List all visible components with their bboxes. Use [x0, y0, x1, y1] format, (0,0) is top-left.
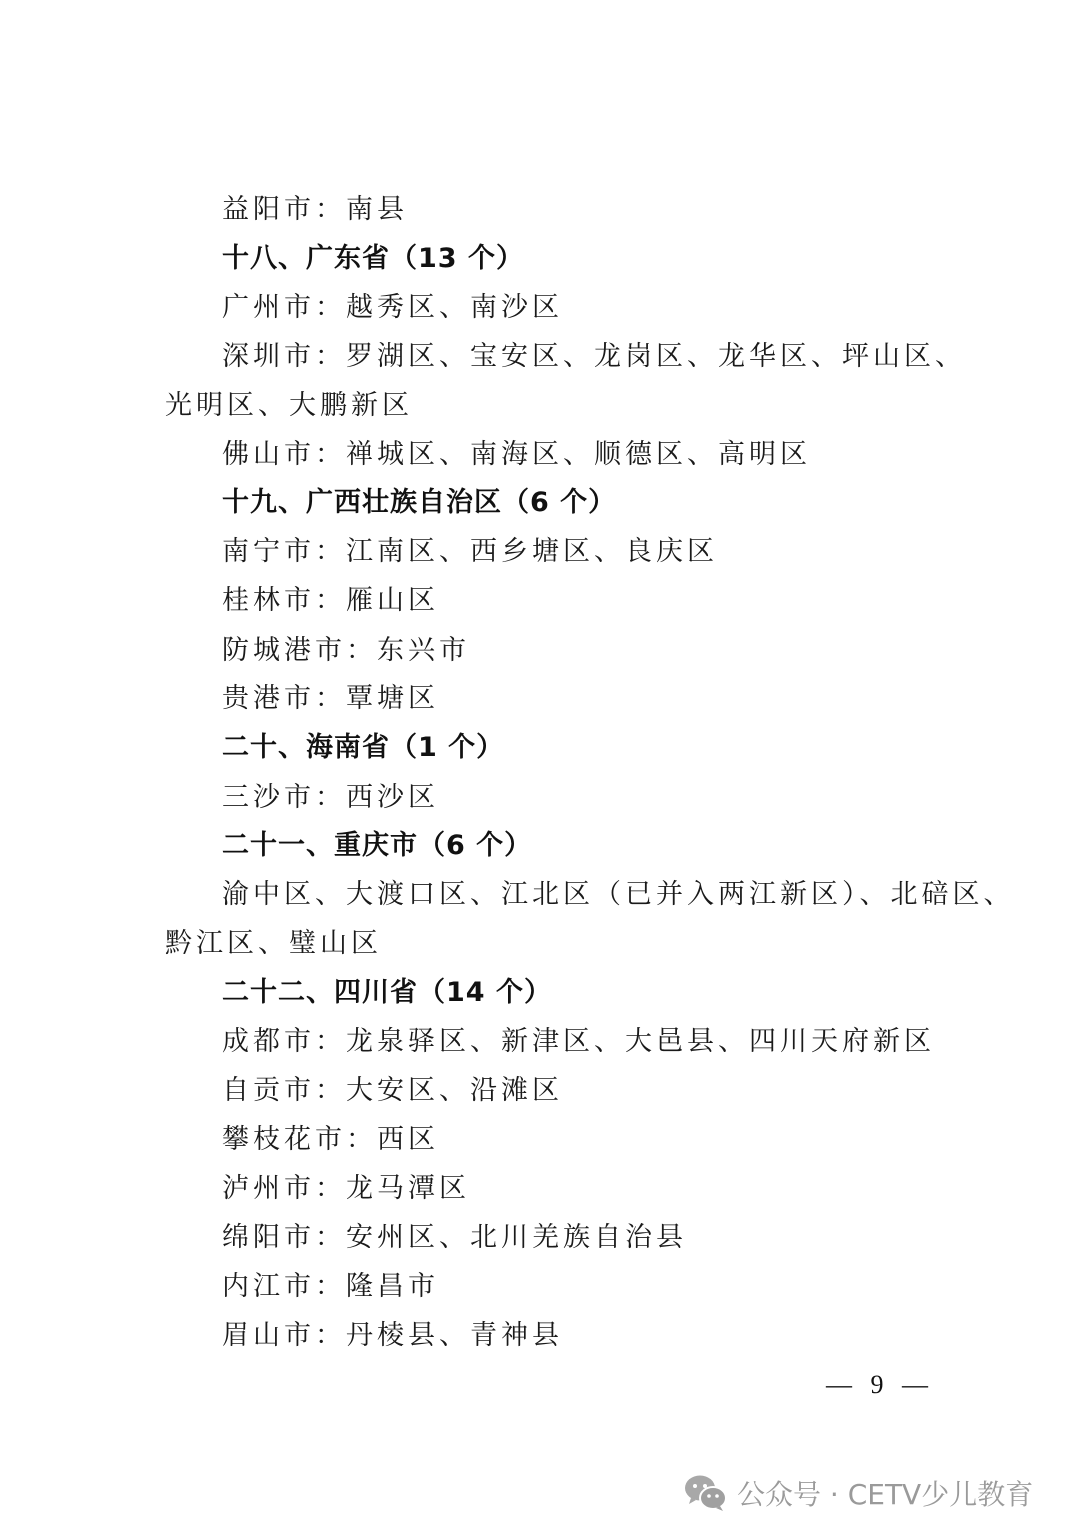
text-line: 益阳市：南县 [222, 190, 982, 230]
text-line: 成都市：龙泉驿区、新津区、大邑县、四川天府新区 [222, 1022, 982, 1062]
watermark-text: 公众号 · CETV少儿教育 [737, 1473, 1033, 1513]
text-line: 佛山市：禅城区、南海区、顺德区、高明区 [222, 435, 982, 475]
page-number: — 9 — [826, 1370, 934, 1400]
text-line: 深圳市：罗湖区、宝安区、龙岗区、龙华区、坪山区、 [222, 337, 982, 377]
section-heading: 二十二、四川省（14 个） [222, 973, 982, 1013]
text-line: 攀枝花市：西区 [222, 1120, 982, 1160]
section-heading: 二十一、重庆市（6 个） [222, 826, 982, 866]
text-line: 黔江区、璧山区 [165, 924, 925, 964]
section-heading: 十八、广东省（13 个） [222, 239, 982, 279]
text-line: 渝中区、大渡口区、江北区（已并入两江新区）、北碚区、 [222, 875, 982, 915]
document-page: 益阳市：南县十八、广东省（13 个）广州市：越秀区、南沙区深圳市：罗湖区、宝安区… [0, 0, 1080, 1527]
section-heading: 二十、海南省（1 个） [222, 728, 982, 768]
text-line: 防城港市：东兴市 [222, 631, 982, 671]
text-line: 内江市：隆昌市 [222, 1267, 982, 1307]
text-line: 自贡市：大安区、沿滩区 [222, 1071, 982, 1111]
text-line: 贵港市：覃塘区 [222, 679, 982, 719]
text-line: 广州市：越秀区、南沙区 [222, 288, 982, 328]
text-line: 三沙市：西沙区 [222, 778, 982, 818]
text-line: 眉山市：丹棱县、青神县 [222, 1316, 982, 1356]
text-line: 桂林市：雁山区 [222, 581, 982, 621]
watermark: 公众号 · CETV少儿教育 [683, 1473, 1033, 1513]
text-line: 南宁市：江南区、西乡塘区、良庆区 [222, 532, 982, 572]
wechat-icon [683, 1473, 729, 1513]
text-line: 泸州市：龙马潭区 [222, 1169, 982, 1209]
section-heading: 十九、广西壮族自治区（6 个） [222, 483, 982, 523]
text-line: 光明区、大鹏新区 [165, 386, 925, 426]
text-line: 绵阳市：安州区、北川羌族自治县 [222, 1218, 982, 1258]
